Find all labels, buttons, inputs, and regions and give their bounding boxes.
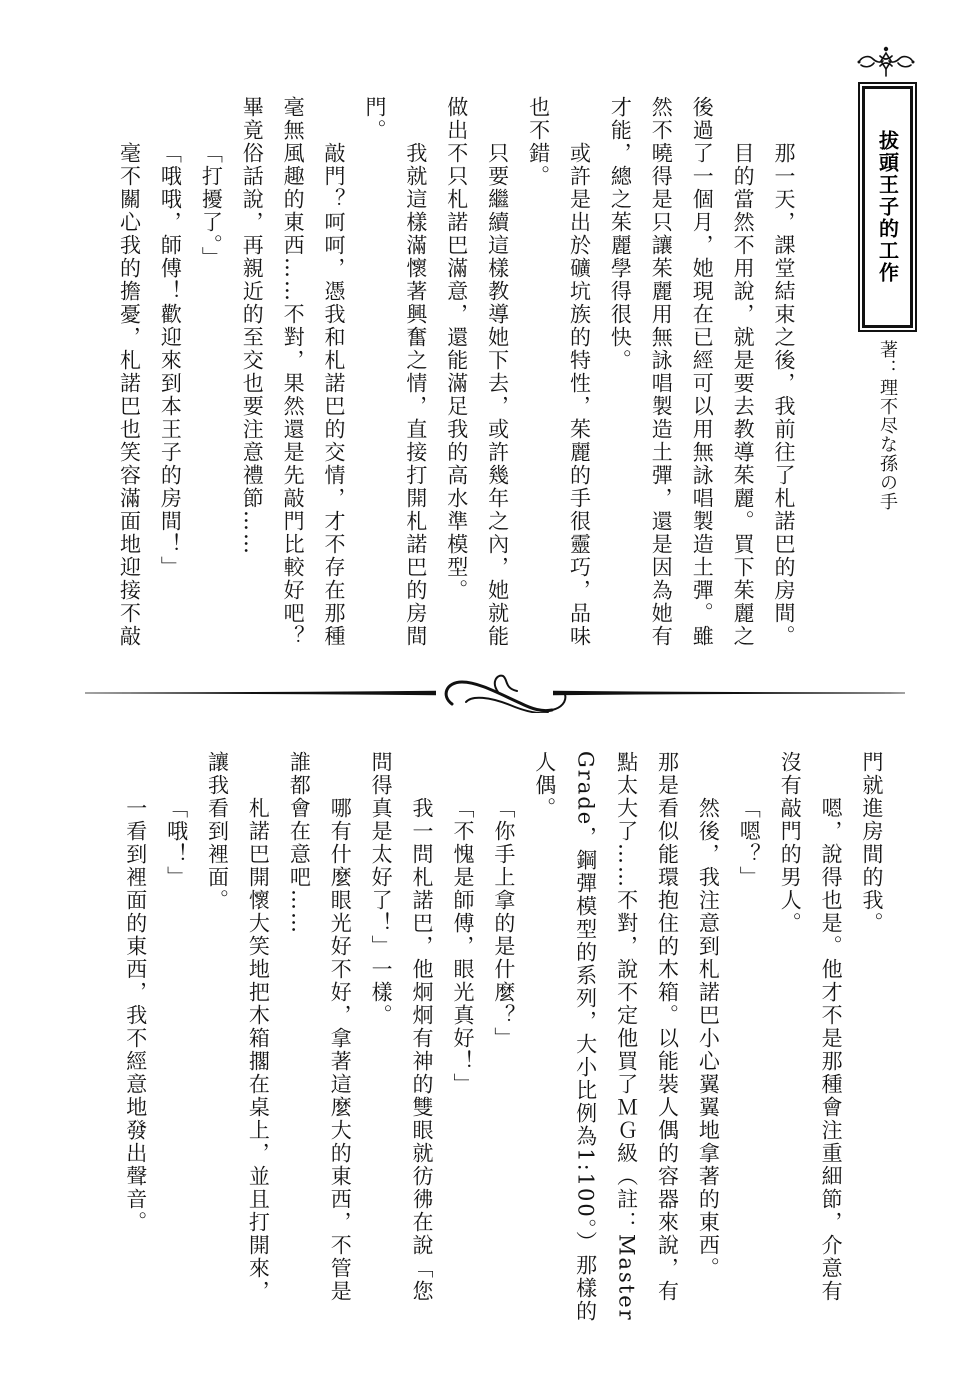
text-column: 「你手上拿的是什麼？」 [483,751,524,1311]
text-column: 門就進房間的我。 [851,751,892,1311]
text-column: 然後，我注意到札諾巴小心翼翼地拿著的東西。 [687,751,728,1311]
text-column: 人偶。 [524,751,565,1311]
chapter-title-frame: 拔頭王子的工作 [862,86,913,328]
text-column: 「哦哦，師傅！歡迎來到本王子的房間！」 [150,96,191,656]
text-column: 點太大了……不對，說不定他買了ＭＧ級（註：Master [606,751,647,1311]
text-column: 「哦！」 [156,751,197,1311]
text-column: 札諾巴開懷大笑地把木箱擱在桌上，並且打開來， [238,751,279,1311]
text-column: 誰都會在意吧…… [278,751,319,1311]
text-column: 才能，總之茱麗學得很快。 [599,96,640,656]
text-column: 「不愧是師傅，眼光真好！」 [442,751,483,1311]
text-column: 我就這樣滿懷著興奮之情，直接打開札諾巴的房間 [395,96,436,656]
text-column: 讓我看到裡面。 [197,751,238,1311]
chapter-title: 拔頭王子的工作 [876,130,900,284]
text-column: 嗯，說得也是。他才不是那種會注重細節，介意有 [810,751,851,1311]
text-column: 門。 [354,96,395,656]
text-column: 後過了一個月，她現在已經可以用無詠唱製造土彈。雖 [681,96,722,656]
text-column: 哪有什麼眼光好不好，拿著這麼大的東西，不管是 [319,751,360,1311]
text-column: 一看到裡面的東西，我不經意地發出聲音。 [115,751,156,1311]
text-column: 那是看似能環抱住的木箱。以能裝人偶的容器來說，有 [647,751,688,1311]
text-column: 然不曉得是只讓茱麗用無詠唱製造土彈，還是因為她有 [640,96,681,656]
text-column: 我一問札諾巴，他炯炯有神的雙眼就彷彿在說「您 [401,751,442,1311]
text-column: 做出不只札諾巴滿意，還能滿足我的高水準模型。 [436,96,477,656]
text-column: 只要繼續這樣教導她下去，或許幾年之內，她就能 [477,96,518,656]
text-column: 沒有敲門的男人。 [769,751,810,1311]
text-column: 敲門？呵呵，憑我和札諾巴的交情，才不存在那種 [313,96,354,656]
text-column: 毫不關心我的擔憂，札諾巴也笑容滿面地迎接不敲 [109,96,150,656]
divider-line-right [553,691,905,695]
text-column: 「嗯？」 [728,751,769,1311]
divider-line-left [85,691,436,695]
flourish-ornament-icon [856,44,916,80]
text-column: 目的當然不用說，就是要去教導茱麗。買下茱麗之 [722,96,763,656]
upper-text-section: 那一天，課堂結束之後，我前往了札諾巴的房間。 目的當然不用說，就是要去教導茱麗。… [108,96,804,656]
text-column: 那一天，課堂結束之後，我前往了札諾巴的房間。 [763,96,804,656]
text-column: 或許是出於礦坑族的特性，茱麗的手很靈巧，品味 [559,96,600,656]
text-column: 畢竟俗話說，再親近的至交也要注意禮節…… [231,96,272,656]
lower-text-section: 門就進房間的我。 嗯，說得也是。他才不是那種會注重細節，介意有 沒有敲門的男人。… [114,751,892,1311]
text-column: Grade，鋼彈模型的系列，大小比例為1:100。）那樣的 [565,751,606,1311]
text-column: 也不錯。 [518,96,559,656]
text-column: 「打擾了。」 [190,96,231,656]
author-credit: 著：理不尽な孫の手 [877,340,897,511]
section-divider [80,673,910,713]
divider-swirl-icon [446,676,565,713]
text-column: 問得真是太好了！」一樣。 [360,751,401,1311]
text-column: 毫無風趣的東西……不對，果然還是先敲門比較好吧？ [272,96,313,656]
chapter-title-box: 拔頭王子的工作 [858,82,917,332]
